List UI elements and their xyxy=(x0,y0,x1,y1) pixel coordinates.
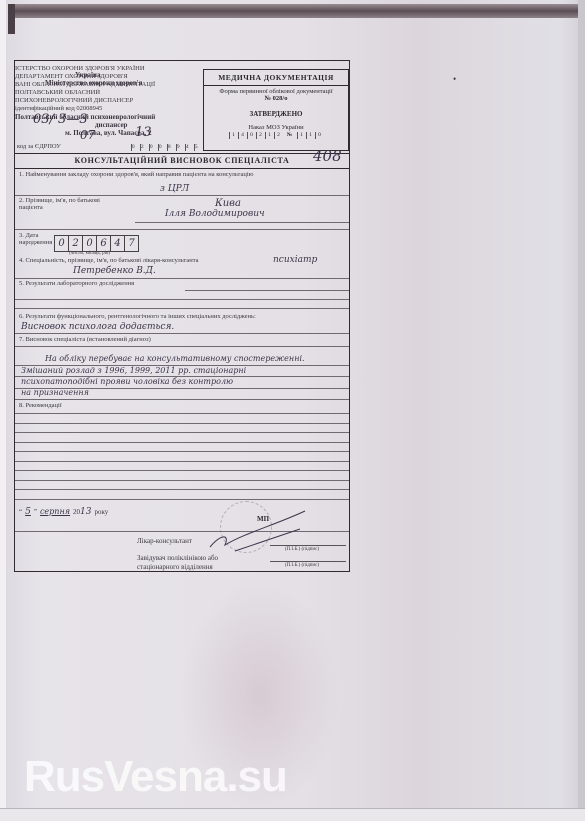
rule-line xyxy=(135,222,349,223)
order-label: Наказ МОЗ України xyxy=(204,124,348,131)
digit-box: 2 xyxy=(256,132,265,139)
order-number-boxes: 140212№110 xyxy=(204,132,348,139)
form-number: № 028/о xyxy=(204,95,348,102)
digit-box: 6 xyxy=(96,235,111,252)
digit-box: 0 xyxy=(82,235,97,252)
date-suffix: року xyxy=(94,508,108,516)
rule-line xyxy=(15,489,349,490)
diagnosis-line-2: Змішаний розлад з 1996, 1999, 2011 рр. с… xyxy=(21,366,246,375)
watermark: RusVesna.su xyxy=(24,752,287,802)
field-2-label: 2. Прізвище, ім'я, по батькові пацієнта xyxy=(15,197,109,211)
handwritten-ref-3: 13 xyxy=(135,129,152,137)
rule-line xyxy=(15,423,349,424)
digit-box: 2 xyxy=(274,132,283,139)
digit-box: 5 xyxy=(194,144,203,151)
rule-line xyxy=(15,461,349,462)
document-title: КОНСУЛЬТАЦІЙНИЙ ВИСНОВОК СПЕЦІАЛІСТА xyxy=(15,153,349,169)
rule-line xyxy=(15,299,349,300)
field-1-label: 1. Найменування закладу охорони здоров'я… xyxy=(15,171,259,178)
rule-line xyxy=(15,308,349,309)
digit-box: 0 xyxy=(131,144,140,151)
header-line: ПСИХОНЕВРОЛОГІЧНИЙ ДИСПАНСЕР xyxy=(15,97,197,105)
scan-left-edge xyxy=(0,0,6,821)
field-3-label: 3. Дата народження xyxy=(15,232,53,246)
diagnosis-line-3: психопатоподібні прояви чоловіка без кон… xyxy=(21,377,233,386)
digit-box: 1 xyxy=(297,132,306,139)
diagnosis-line-1: На обліку перебуває на консультативному … xyxy=(45,354,305,363)
rule-line xyxy=(15,346,349,347)
rule-line xyxy=(15,442,349,443)
overprint-country: Україна xyxy=(75,71,100,79)
handwritten-doc-number: 408 xyxy=(313,147,342,165)
digit-box: 0 xyxy=(54,235,69,252)
scan-bottom-edge xyxy=(0,808,585,821)
field-7-label: 7. Висновок спеціаліста (встановлений ді… xyxy=(15,336,353,343)
digit-box: 1 xyxy=(229,132,238,139)
digit-box: 0 xyxy=(149,144,158,151)
head-label-2: стаціонарного відділення xyxy=(137,563,257,571)
form-label: Форма первинної облікової документації xyxy=(204,88,348,95)
digit-box: 2 xyxy=(140,144,149,151)
doctor-signature-line xyxy=(270,545,346,546)
form-info-box: МЕДИЧНА ДОКУМЕНТАЦІЯ Форма первинної обл… xyxy=(203,69,349,151)
handwritten-ref: 03/ 3—3 xyxy=(33,116,88,124)
rule-line xyxy=(15,432,349,433)
digit-box: 4 xyxy=(110,235,125,252)
overprint-ministry: Міністерство охорони здоров'я xyxy=(45,79,142,87)
rule-line xyxy=(15,451,349,452)
rule-line xyxy=(15,333,349,334)
birth-date-boxes: 020647 xyxy=(55,235,139,252)
head-signature-line xyxy=(270,561,346,562)
date-month: серпня xyxy=(40,507,70,516)
rule-line xyxy=(15,499,349,500)
digit-box: 2 xyxy=(68,235,83,252)
medical-doc-title: МЕДИЧНА ДОКУМЕНТАЦІЯ xyxy=(204,70,348,86)
header-line: ІСТЕРСТВО ОХОРОНИ ЗДОРОВ'Я УКРАЇНИ xyxy=(15,65,197,73)
diagnosis-line-4: на призначення xyxy=(21,388,89,397)
scan-top-shadow xyxy=(8,4,583,18)
rule-line xyxy=(185,290,349,291)
rule-line xyxy=(15,229,349,230)
digit-box: 1 xyxy=(306,132,315,139)
digit-box: 7 xyxy=(124,235,139,252)
scan-corner-shadow xyxy=(8,4,15,34)
date-year: 13 xyxy=(80,507,91,517)
digit-box: 9 xyxy=(176,144,185,151)
institution-header: ІСТЕРСТВО ОХОРОНИ ЗДОРОВ'Я УКРАЇНИ ДЕПАР… xyxy=(15,61,197,151)
digit-box: 8 xyxy=(167,144,176,151)
rule-line xyxy=(15,480,349,481)
ink-dot: • xyxy=(453,74,456,84)
rule-line xyxy=(15,399,349,400)
approved-label: ЗАТВЕРДЖЕНО xyxy=(204,110,348,118)
scan-right-edge xyxy=(578,0,585,821)
date-caption: (число, місяць, рік) xyxy=(69,251,149,256)
date-day: 5 xyxy=(25,507,31,517)
digit-box: 4 xyxy=(185,144,194,151)
field-6-value: Висновок психолога додається. xyxy=(21,322,174,332)
digit-box: 4 xyxy=(238,132,247,139)
overprint-address: м. Полтава, вул. Чапаєва, 2 xyxy=(15,129,197,137)
header-line: ПОЛТАВСЬКИЙ ОБЛАСНИЙ xyxy=(15,89,197,97)
head-caption: (П.І.Б.) (підпис) xyxy=(285,563,345,568)
date-year-prefix: 20 xyxy=(73,508,80,516)
edrpou-row: код за ЄДРПОУ 02008945 xyxy=(17,143,203,151)
patient-surname: Кива xyxy=(215,198,241,209)
digit-box: 0 xyxy=(247,132,256,139)
patient-name: Ілля Володимирович xyxy=(165,209,265,219)
medical-form: ІСТЕРСТВО ОХОРОНИ ЗДОРОВ'Я УКРАЇНИ ДЕПАР… xyxy=(14,60,350,572)
handwritten-ref-2: 07 xyxy=(80,131,95,139)
edrpou-label: код за ЄДРПОУ xyxy=(17,143,61,151)
digit-box: 0 xyxy=(315,132,324,139)
rule-line xyxy=(15,278,349,279)
field-5-label: 5. Результати лабораторного дослідження xyxy=(15,280,353,287)
digit-box: 1 xyxy=(265,132,274,139)
digit-box: 0 xyxy=(158,144,167,151)
rule-line xyxy=(15,470,349,471)
rule-line xyxy=(15,413,349,414)
field-6-label: 6. Результати функціонального, рентгенол… xyxy=(15,313,353,320)
rule-line xyxy=(15,195,349,196)
order-no-label: № xyxy=(283,132,297,139)
field-1-value: з ЦРЛ xyxy=(160,184,189,194)
edrpou-code: 02008945 xyxy=(131,144,203,151)
head-label-1: Завідувач поліклінікою або xyxy=(137,554,257,562)
consultant-specialty: психіатр xyxy=(273,255,317,265)
field-8-label: 8. Рекомендації xyxy=(15,402,353,409)
consultant-name: Петребенко В.Д. xyxy=(73,266,156,276)
doctor-caption: (П.І.Б.) (підпис) xyxy=(285,547,345,552)
